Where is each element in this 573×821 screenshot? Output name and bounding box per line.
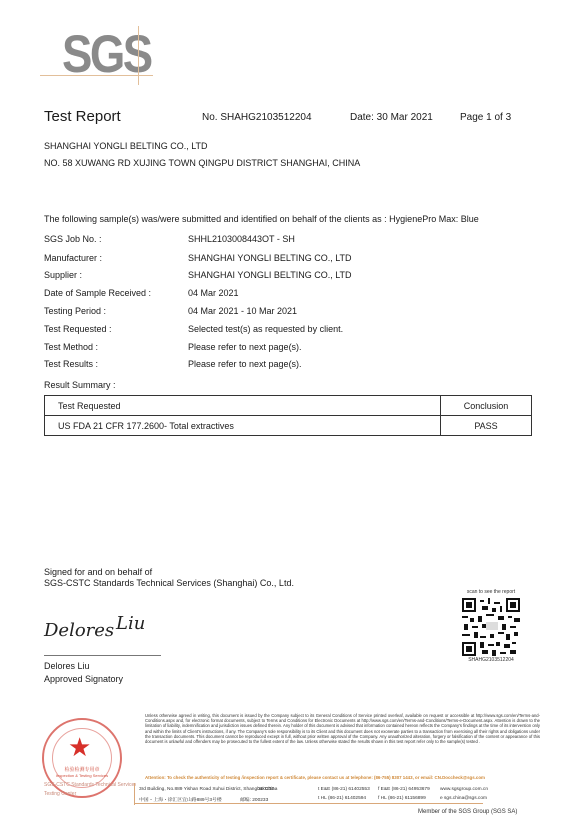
field-label: Supplier : xyxy=(44,270,82,280)
cell-conclusion: PASS xyxy=(441,416,532,436)
postcode-cn: 邮编: 200233 xyxy=(240,796,268,803)
footer-rule xyxy=(134,803,483,804)
fax-ee: f E&E (86-21) 64953679 xyxy=(378,787,430,792)
legal-disclaimer: Unless otherwise agreed in writing, this… xyxy=(145,713,540,744)
table-row: US FDA 21 CFR 177.2600- Total extractive… xyxy=(45,416,532,436)
client-address: NO. 58 XUWANG RD XUJING TOWN QINGPU DIST… xyxy=(44,158,360,168)
field-value: Please refer to next page(s). xyxy=(188,359,302,369)
stamp-en-text: Inspection & Testing Services xyxy=(44,773,120,778)
result-summary-label: Result Summary : xyxy=(44,380,116,390)
cell-test: US FDA 21 CFR 177.2600- Total extractive… xyxy=(45,416,441,436)
signed-on-behalf: Signed for and on behalf of xyxy=(44,567,152,577)
email-link[interactable]: e sgs.china@sgs.com xyxy=(440,796,487,801)
column-header-conclusion: Conclusion xyxy=(441,396,532,416)
field-value: Please refer to next page(s). xyxy=(188,342,302,352)
report-number: No. SHAHG2103512204 xyxy=(202,112,312,123)
field-label: Testing Period : xyxy=(44,306,106,316)
qr-caption: scan to see the report xyxy=(458,589,524,595)
qr-code-icon[interactable] xyxy=(462,598,520,656)
field-value: Selected test(s) as requested by client. xyxy=(188,324,343,334)
handwritten-signature-first: Delores xyxy=(44,620,114,641)
stamp-side-text-1: SGS-CSTC Standards Technical Services (S… xyxy=(44,782,136,788)
star-icon: ★ xyxy=(68,734,91,760)
result-summary-table: Test Requested Conclusion US FDA 21 CFR … xyxy=(44,395,532,436)
field-value: 04 Mar 2021 - 10 Mar 2021 xyxy=(188,306,297,316)
footer-vertical-rule xyxy=(134,783,135,805)
field-label: Test Results : xyxy=(44,359,98,369)
signatory-role: Approved Signatory xyxy=(44,674,123,684)
logo-horizontal-rule xyxy=(40,75,153,76)
field-value: 04 Mar 2021 xyxy=(188,288,239,298)
client-name: SHANGHAI YONGLI BELTING CO., LTD xyxy=(44,141,208,151)
field-label: Test Requested : xyxy=(44,324,112,334)
page-indicator: Page 1 of 3 xyxy=(460,112,511,123)
field-value: SHANGHAI YONGLI BELTING CO., LTD xyxy=(188,270,352,280)
field-value: SHHL2103008443OT - SH xyxy=(188,234,295,244)
field-label: Manufacturer : xyxy=(44,253,102,263)
signing-company: SGS-CSTC Standards Technical Services (S… xyxy=(44,578,294,588)
address-en: 3rd Building, No.889 Yishan Road Xuhui D… xyxy=(139,787,277,792)
stamp-cn-text: 检验检测专用章 xyxy=(44,766,120,773)
field-label: Test Method : xyxy=(44,342,98,352)
tel-ee: t E&E (86-21) 61402553 xyxy=(318,787,370,792)
signature-line xyxy=(44,655,161,656)
report-title: Test Report xyxy=(44,108,121,125)
column-header-test: Test Requested xyxy=(45,396,441,416)
report-date: Date: 30 Mar 2021 xyxy=(350,112,433,123)
field-label: Date of Sample Received : xyxy=(44,288,151,298)
stamp-side-text-2: Testing Center xyxy=(44,791,76,797)
sgs-membership: Member of the SGS Group (SGS SA) xyxy=(418,809,517,815)
table-header-row: Test Requested Conclusion xyxy=(45,396,532,416)
fax-hl: f HL (86-21) 61156899 xyxy=(378,796,426,801)
authenticity-notice: Attention: To check the authenticity of … xyxy=(145,775,540,780)
field-label: SGS Job No. : xyxy=(44,234,102,244)
address-cn: 中国・上海・徐汇区宜山路889号3号楼 xyxy=(139,796,222,803)
signatory-name: Delores Liu xyxy=(44,661,90,671)
logo-vertical-rule xyxy=(138,26,139,85)
postcode-en: 200233 xyxy=(258,787,274,792)
field-value: SHANGHAI YONGLI BELTING CO., LTD xyxy=(188,253,352,263)
sgs-logo: SGS xyxy=(40,26,155,86)
qr-report-id: SHAHG2103512204 xyxy=(458,657,524,663)
sample-intro: The following sample(s) was/were submitt… xyxy=(44,214,479,224)
tel-hl: t HL (86-21) 61402594 xyxy=(318,796,366,801)
website-link[interactable]: www.sgsgroup.com.cn xyxy=(440,787,488,792)
handwritten-signature-last: Liu xyxy=(116,613,145,634)
